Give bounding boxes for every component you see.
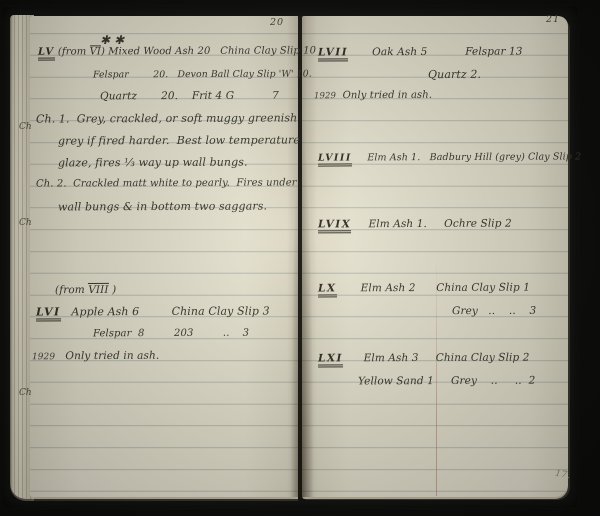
left-page <box>30 16 298 497</box>
page-number-left: 20 <box>270 17 284 28</box>
page-number-right: 21 <box>546 14 560 25</box>
notebook-photo: 20 21 ✱ ✱LV (from VI) Mixed Wood Ash 20 … <box>0 0 600 516</box>
right-page <box>302 16 568 497</box>
